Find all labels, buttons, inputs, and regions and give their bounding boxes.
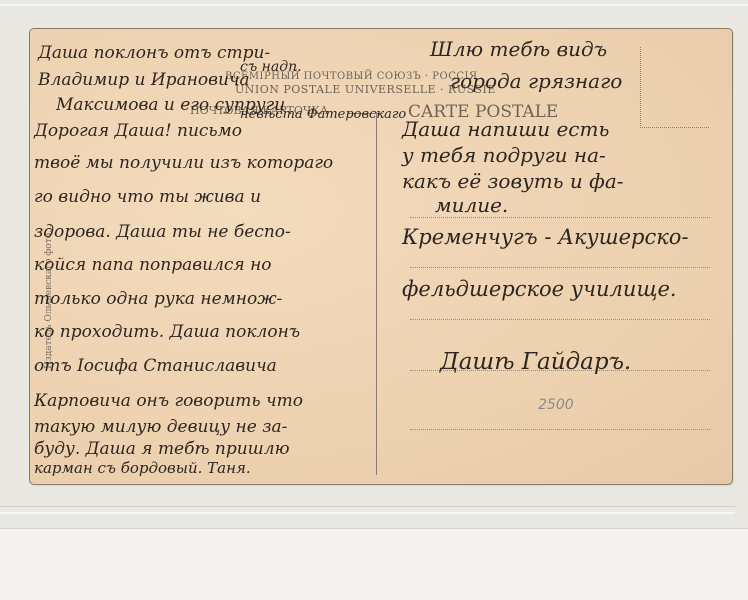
message-line: милие. [435, 193, 508, 217]
address-line [410, 267, 710, 268]
address-line [410, 429, 710, 430]
message-line: отъ Іосифа Станиславича [34, 356, 277, 376]
stamp-box [640, 47, 709, 128]
message-line: только одна рука немнож- [34, 289, 282, 309]
message-line: какъ её зовуть и фа- [402, 169, 624, 193]
center-divider [376, 112, 377, 475]
message-line: Даша поклонъ отъ стри- [38, 43, 270, 63]
sleeve-edge-bottom [0, 506, 735, 507]
address-line [410, 319, 710, 320]
pencil-price: 2500 [538, 397, 574, 413]
message-line: твоё мы получили изъ котораго [34, 153, 333, 173]
message-line: койся папа поправился но [34, 255, 272, 275]
sleeve-edge-top [0, 4, 748, 6]
message-line: Карповича онъ говорить что [34, 391, 303, 411]
message-line: здорова. Даша ты не беспо- [34, 222, 291, 242]
message-line: Дорогая Даша! письмо [34, 121, 242, 141]
message-line: такую милую девицу не за- [34, 417, 287, 437]
address-line [410, 217, 710, 218]
message-line: ко проходить. Даша поклонъ [34, 322, 300, 342]
recipient-name: Дашѣ Гайдаръ. [440, 349, 631, 375]
message-line: у тебя подруги на- [402, 143, 606, 167]
address-line-text: фельдшерское училище. [402, 277, 677, 301]
address-line-text: Кременчугъ - Акушерско- [402, 225, 689, 249]
interlinear-note: невѣста Фатеровскаго [240, 107, 406, 122]
message-line: Владимир и Ирановича [38, 70, 250, 90]
message-line: буду. Даша я тебѣ пришлю [34, 439, 290, 459]
sleeve-highlight [0, 512, 735, 514]
message-line: го видно что ты жива и [34, 187, 261, 207]
postcard: ВСЕМІРНЫЙ ПОЧТОВЫЙ СОЮЗЪ · РОССІЯ UNION … [30, 29, 732, 484]
message-line: Даша напиши есть [402, 117, 609, 141]
message-line: города грязнаго [450, 69, 622, 93]
message-line: карман съ бордовый. Таня. [34, 459, 251, 477]
message-line: Шлю тебѣ видъ [430, 37, 607, 61]
interlinear-note: съ надп. [240, 59, 302, 75]
